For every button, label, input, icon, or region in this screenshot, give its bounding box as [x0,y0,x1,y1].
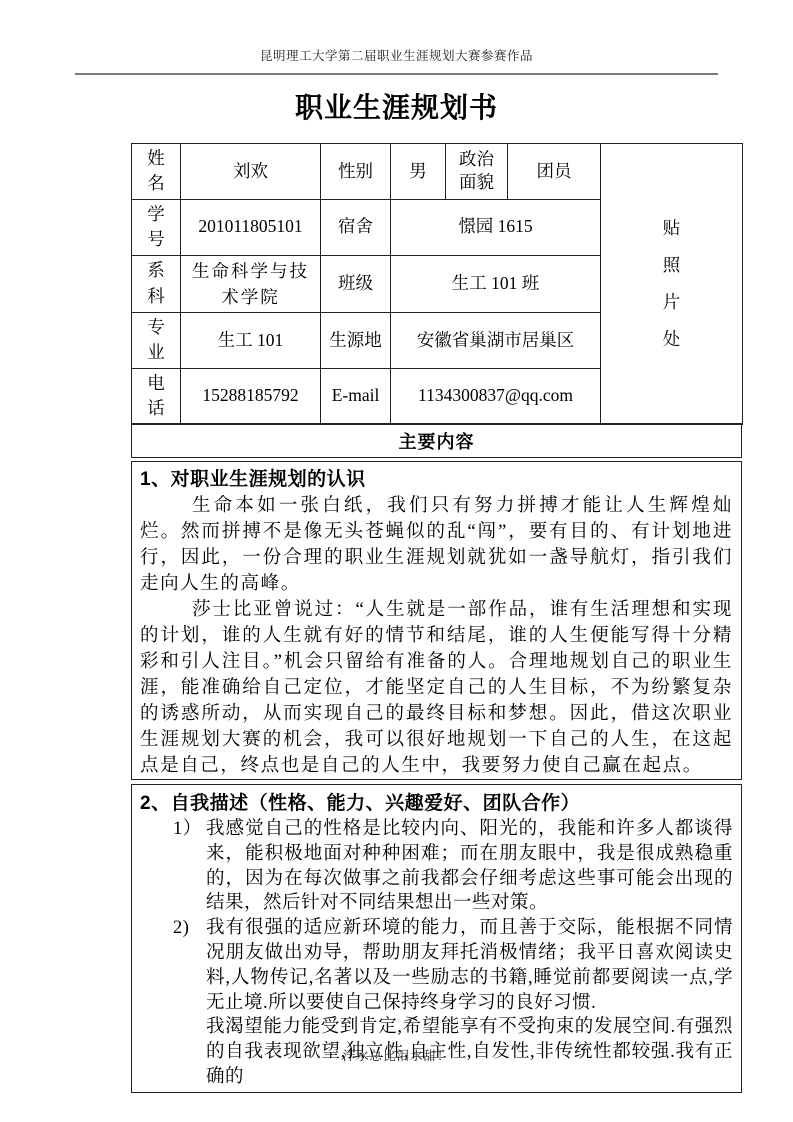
department-value: 生命科学与技术学院 [190,258,312,311]
department-label-cell: 系科 [132,255,181,313]
political-status-value-cell: 团员 [508,144,601,200]
student-id-label: 学号 [146,202,165,253]
gender-value-cell: 男 [391,144,446,200]
political-status-label: 政治面貌 [457,148,496,195]
name-value-cell: 刘欢 [181,144,321,200]
section1-paragraph-1: 生命本如一张白纸，我们只有努力拼搏才能让人生辉煌灿烂。然而拼搏不是像无头苍蝇似的… [140,493,733,597]
department-value-cell: 生命科学与技术学院 [181,255,321,313]
table-row: 姓名 刘欢 性别 男 政治面貌 团员 贴照片处 [132,144,743,200]
section2-heading: 2、自我描述（性格、能力、兴趣爱好、团队合作） [140,790,733,817]
email-value-cell: 1134300837@qq.com [391,368,601,424]
major-value-cell: 生工 101 [181,313,321,369]
class-value-cell: 生工 101 班 [391,255,601,313]
major-label: 专业 [146,315,165,366]
political-status-label-cell: 政治面貌 [446,144,508,200]
section1-heading: 1、对职业生涯规划的认识 [140,467,733,493]
gender-label-cell: 性别 [321,144,391,200]
student-id-value-cell: 201011805101 [181,199,321,255]
section2-item1-text: 我感觉自己的性格是比较内向、阳光的，我能和许多人都谈得来，能积极地面对种种困难；… [206,819,733,913]
name-label: 姓名 [146,146,165,197]
photo-placeholder-cell: 贴照片处 [601,144,743,425]
content-column: 姓名 刘欢 性别 男 政治面貌 团员 贴照片处 学号 201011805101 … [131,143,742,1093]
info-table: 姓名 刘欢 性别 男 政治面貌 团员 贴照片处 学号 201011805101 … [131,143,743,425]
hometown-value-cell: 安徽省巢湖市居巢区 [391,313,601,369]
dorm-value-cell: 憬园 1615 [391,199,601,255]
list-marker-2: 2) [173,916,189,941]
section2-item2-text: 我有很强的适应新环境的能力，而且善于交际，能根据不同情况朋友做出劝导，帮助朋友拜… [206,918,733,1012]
section1-paragraph-2: 莎士比亚曾说过：“人生就是一部作品，谁有生活理想和实现的计划，谁的人生就有好的情… [140,597,733,779]
footer-motto: 汗水总比泪水甜！ [0,1046,793,1064]
phone-label-cell: 电话 [132,368,181,424]
header-rule [75,73,718,75]
section2-list-item-2: 2) 我有很强的适应新环境的能力，而且善于交际，能根据不同情况朋友做出劝导，帮助… [140,916,733,1015]
section2-list-item-1: 1） 我感觉自己的性格是比较内向、阳光的，我能和许多人都谈得来，能积极地面对种种… [140,817,733,916]
main-content-header: 主要内容 [131,423,742,458]
department-label: 系科 [146,258,165,309]
section-career-planning-understanding: 1、对职业生涯规划的认识 生命本如一张白纸，我们只有努力拼搏才能让人生辉煌灿烂。… [131,461,742,780]
major-label-cell: 专业 [132,313,181,369]
photo-placeholder-text: 贴照片处 [661,210,681,357]
list-marker-1: 1） [173,817,202,842]
student-id-label-cell: 学号 [132,199,181,255]
document-page: 昆明理工大学第二届职业生涯规划大赛参赛作品 职业生涯规划书 姓名 刘欢 性别 男… [0,0,793,1122]
page-title: 职业生涯规划书 [0,86,793,126]
email-label-cell: E-mail [321,368,391,424]
class-label-cell: 班级 [321,255,391,313]
header-competition-line: 昆明理工大学第二届职业生涯规划大赛参赛作品 [0,46,793,64]
dorm-label-cell: 宿舍 [321,199,391,255]
name-label-cell: 姓名 [132,144,181,200]
hometown-label-cell: 生源地 [321,313,391,369]
phone-label: 电话 [146,371,165,422]
phone-value-cell: 15288185792 [181,368,321,424]
